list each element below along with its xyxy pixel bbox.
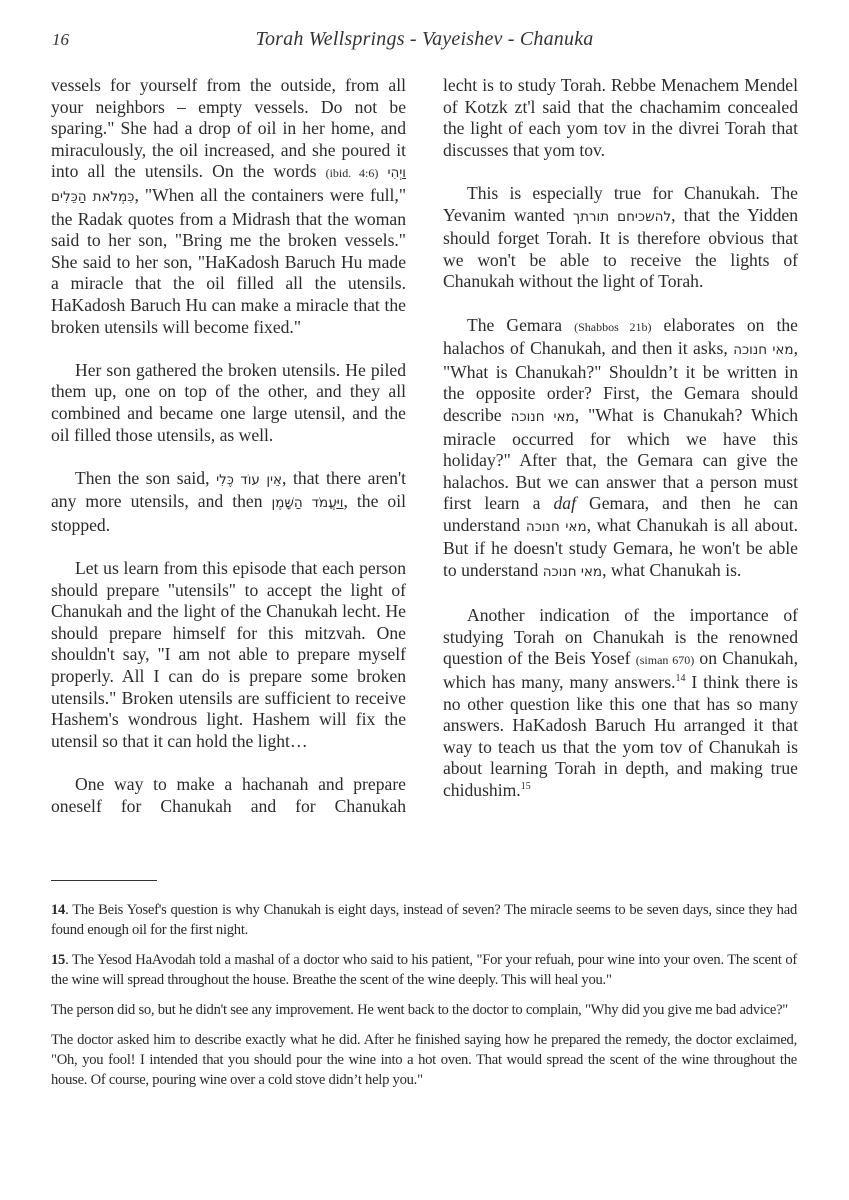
paragraph: Her son gathered the broken utensils. He…	[51, 360, 406, 446]
hebrew-quote: וַיַּעֲמֹד הַשָּׁמֶן	[272, 495, 344, 511]
text-run: , "When all the containers were full," t…	[51, 185, 406, 337]
paragraph: vessels for yourself from the outside, f…	[51, 75, 406, 338]
left-column: vessels for yourself from the outside, f…	[51, 75, 406, 839]
footnote-text: . The Yesod HaAvodah told a mashal of a …	[51, 952, 797, 988]
text-run: Then the son said,	[75, 468, 216, 488]
text-run: , what Chanukah is.	[602, 560, 741, 580]
footnote-number: 14	[51, 902, 65, 918]
footnote-number: 15	[51, 952, 65, 968]
source-reference: (Shabbos 21b)	[574, 320, 651, 334]
hebrew-quote: מאי חנוכה	[543, 564, 602, 580]
paragraph: Then the son said, אֵין עוֹד כֶּלִי, tha…	[51, 468, 406, 537]
hebrew-quote: מאי חנוכה	[526, 519, 587, 535]
footnote-text: . The Beis Yosef's question is why Chanu…	[51, 902, 797, 938]
footnote-15: 15. The Yesod HaAvodah told a mashal of …	[51, 950, 797, 990]
footnote-marker[interactable]: 14	[676, 673, 686, 684]
paragraph: lecht is to study Torah. Rebbe Menachem …	[443, 75, 798, 161]
source-reference: (ibid. 4:6)	[326, 166, 379, 180]
footnote-15-continued: The person did so, but he didn't see any…	[51, 1000, 797, 1020]
right-column: lecht is to study Torah. Rebbe Menachem …	[443, 75, 798, 823]
hebrew-quote: מאי חנוכה	[733, 342, 793, 358]
footnote-15-continued: The doctor asked him to describe exactly…	[51, 1030, 797, 1090]
paragraph: Another indication of the importance of …	[443, 605, 798, 801]
running-title: Torah Wellsprings - Vayeishev - Chanuka	[0, 28, 849, 51]
footnotes: 14. The Beis Yosef's question is why Cha…	[51, 900, 797, 1100]
italic-term: daf	[553, 493, 575, 513]
paragraph: This is especially true for Chanukah. Th…	[443, 183, 798, 293]
hebrew-quote: מאי חנוכה	[511, 409, 575, 425]
text-run: The Gemara	[467, 315, 574, 335]
footnote-divider	[51, 880, 157, 881]
paragraph: The Gemara (Shabbos 21b) elaborates on t…	[443, 315, 798, 584]
source-reference: (siman 670)	[636, 653, 694, 667]
footnote-14: 14. The Beis Yosef's question is why Cha…	[51, 900, 797, 940]
paragraph: Let us learn from this episode that each…	[51, 558, 406, 752]
hebrew-quote: אֵין עוֹד כֶּלִי	[216, 472, 282, 488]
hebrew-quote: להשכיחם תורתך	[573, 209, 671, 225]
paragraph: One way to make a hachanah and prepare o…	[51, 774, 406, 817]
running-head: 16 Torah Wellsprings - Vayeishev - Chanu…	[0, 28, 849, 54]
footnote-marker[interactable]: 15	[521, 781, 531, 792]
